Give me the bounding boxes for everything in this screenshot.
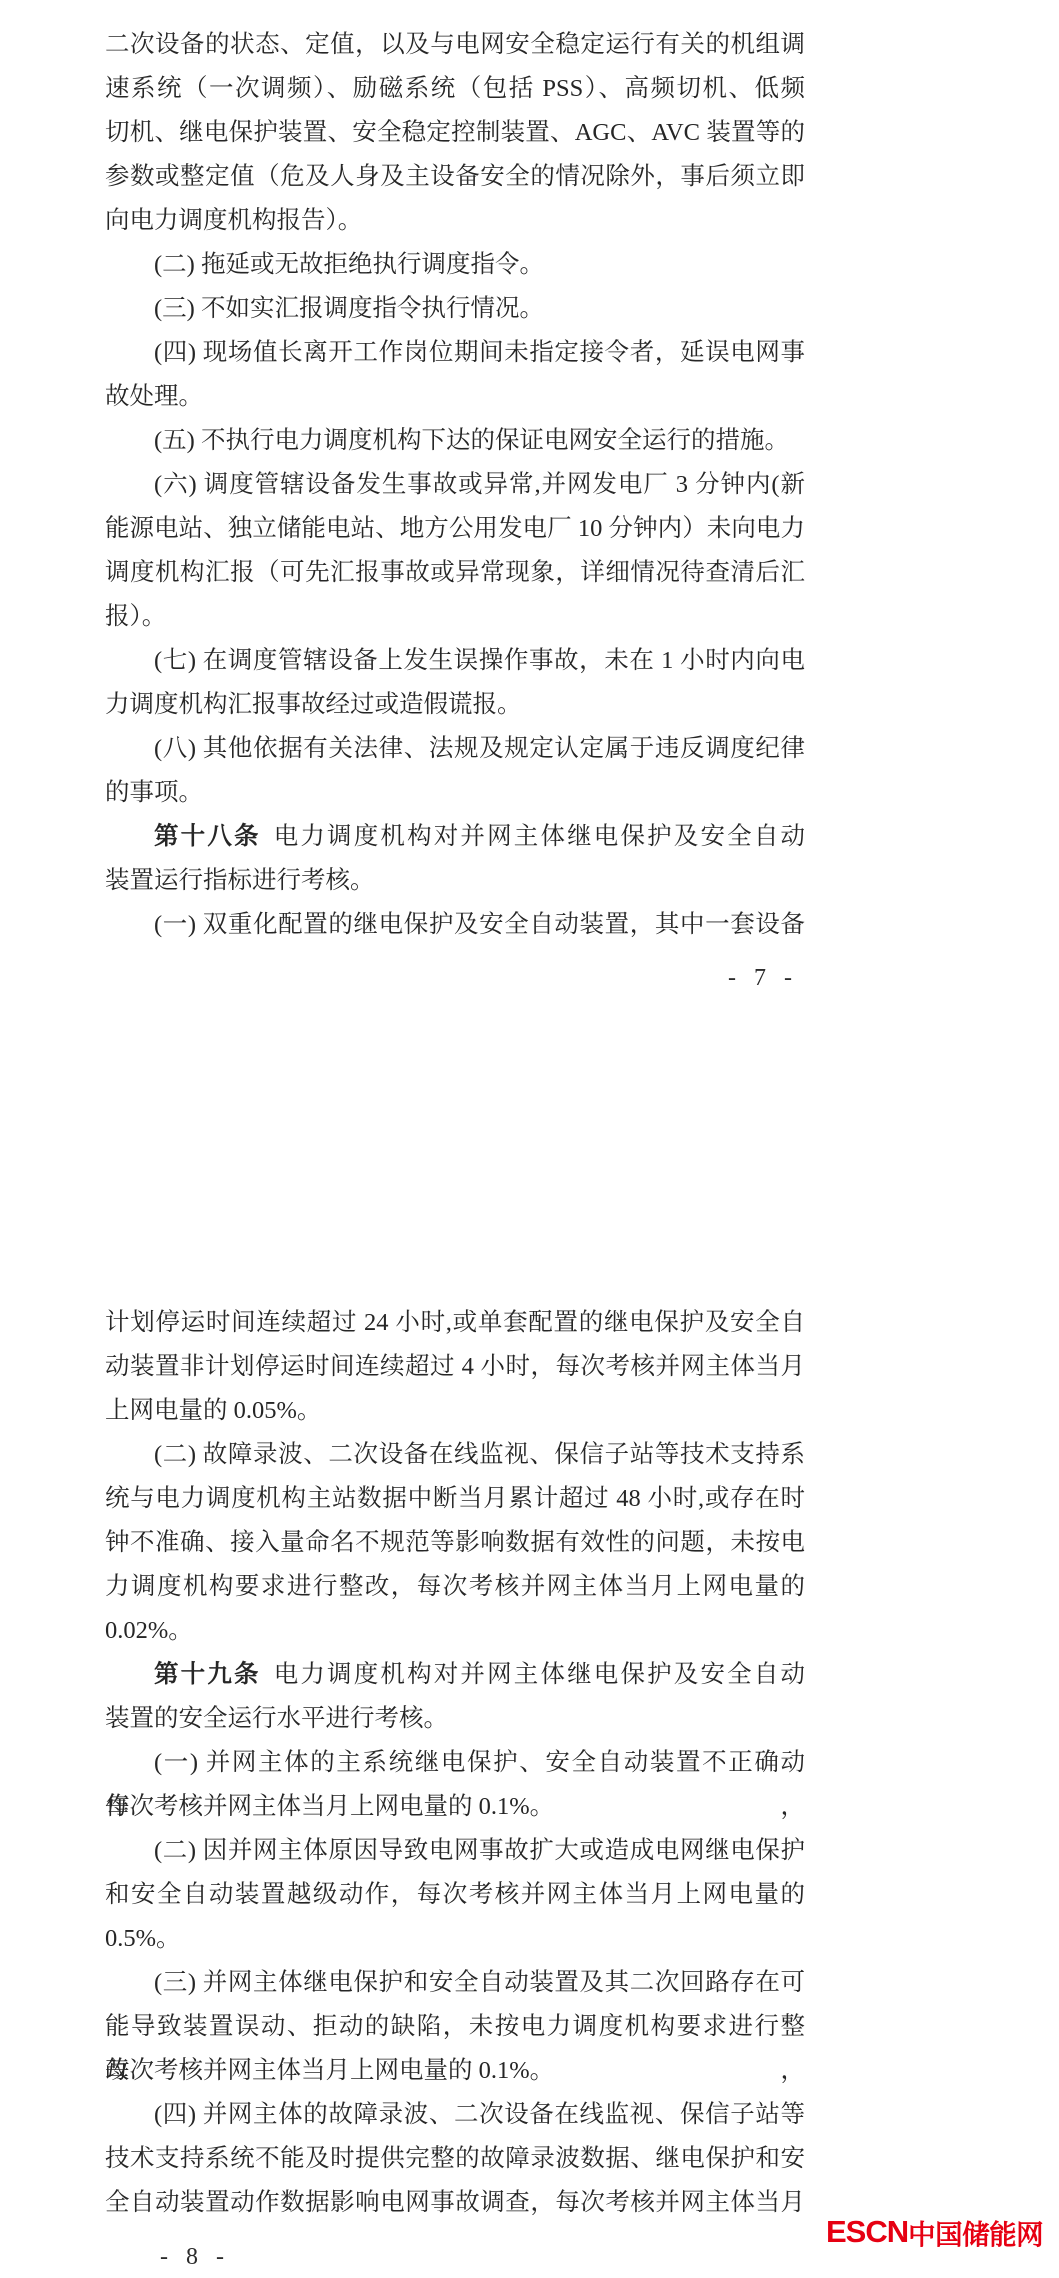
article-number: 第十八条 <box>154 823 261 850</box>
text-line: 故处理。 <box>105 375 805 419</box>
text-line: 能导致装置误动、拒动的缺陷，未按电力调度机构要求进行整改， <box>105 2005 805 2049</box>
text-line: 计划停运时间连续超过 24 小时,或单套配置的继电保护及安全自 <box>105 1301 805 1345</box>
document-page-8: 计划停运时间连续超过 24 小时,或单套配置的继电保护及安全自 动装置非计划停运… <box>105 1301 805 2225</box>
page-number-7: - 7 - <box>728 965 798 992</box>
list-item-line: (七) 在调度管辖设备上发生误操作事故，未在 1 小时内向电 <box>105 639 805 683</box>
article-heading-line: 第十九条电力调度机构对并网主体继电保护及安全自动 <box>105 1653 805 1697</box>
text-line: 动装置非计划停运时间连续超过 4 小时，每次考核并网主体当月 <box>105 1345 805 1389</box>
text-line: 参数或整定值（危及人身及主设备安全的情况除外，事后须立即 <box>105 155 805 199</box>
list-item-line: (八) 其他依据有关法律、法规及规定认定属于违反调度纪律 <box>105 727 805 771</box>
list-item-line: (二) 拖延或无故拒绝执行调度指令。 <box>105 243 805 287</box>
article-heading-line: 第十八条电力调度机构对并网主体继电保护及安全自动 <box>105 815 805 859</box>
text-line: 装置运行指标进行考核。 <box>105 859 805 903</box>
document-canvas: 二次设备的状态、定值，以及与电网安全稳定运行有关的机组调 速系统（一次调频）、励… <box>0 0 1059 2278</box>
text-line: 全自动装置动作数据影响电网事故调查，每次考核并网主体当月 <box>105 2181 805 2225</box>
text-line: 钟不准确、接入量命名不规范等影响数据有效性的问题，未按电 <box>105 1521 805 1565</box>
escn-logo-cjk: 中国储能网 <box>908 2219 1043 2251</box>
text-line: 的事项。 <box>105 771 805 815</box>
list-item-line: (四) 并网主体的故障录波、二次设备在线监视、保信子站等 <box>105 2093 805 2137</box>
text-line: 向电力调度机构报告）。 <box>105 199 805 243</box>
list-item-line: (五) 不执行电力调度机构下达的保证电网安全运行的措施。 <box>105 419 805 463</box>
article-heading-text: 电力调度机构对并网主体继电保护及安全自动 <box>274 1661 805 1688</box>
escn-logo-latin: ESCN <box>826 2214 908 2249</box>
list-item-line: (一) 双重化配置的继电保护及安全自动装置，其中一套设备 <box>105 903 805 947</box>
list-item-line: (三) 并网主体继电保护和安全自动装置及其二次回路存在可 <box>105 1961 805 2005</box>
list-item-line: (二) 因并网主体原因导致电网事故扩大或造成电网继电保护 <box>105 1829 805 1873</box>
text-line: 和安全自动装置越级动作，每次考核并网主体当月上网电量的 <box>105 1873 805 1917</box>
text-line: 0.5%。 <box>105 1917 805 1961</box>
list-item-line: (二) 故障录波、二次设备在线监视、保信子站等技术支持系 <box>105 1433 805 1477</box>
text-line: 调度机构汇报（可先汇报事故或异常现象，详细情况待查清后汇 <box>105 551 805 595</box>
text-line: 力调度机构汇报事故经过或造假谎报。 <box>105 683 805 727</box>
escn-logo: ESCN中国储能网 <box>826 2212 1043 2252</box>
article-heading-text: 电力调度机构对并网主体继电保护及安全自动 <box>274 823 805 850</box>
text-line: 二次设备的状态、定值，以及与电网安全稳定运行有关的机组调 <box>105 23 805 67</box>
text-line: 统与电力调度机构主站数据中断当月累计超过 48 小时,或存在时 <box>105 1477 805 1521</box>
text-line: 速系统（一次调频）、励磁系统（包括 PSS）、高频切机、低频 <box>105 67 805 111</box>
article-number: 第十九条 <box>154 1661 261 1688</box>
text-line: 技术支持系统不能及时提供完整的故障录波数据、继电保护和安 <box>105 2137 805 2181</box>
list-item-line: (六) 调度管辖设备发生事故或异常,并网发电厂 3 分钟内(新 <box>105 463 805 507</box>
list-item-line: (一) 并网主体的主系统继电保护、安全自动装置不正确动作， <box>105 1741 805 1785</box>
text-line: 装置的安全运行水平进行考核。 <box>105 1697 805 1741</box>
text-line: 上网电量的 0.05%。 <box>105 1389 805 1433</box>
document-page-7: 二次设备的状态、定值，以及与电网安全稳定运行有关的机组调 速系统（一次调频）、励… <box>105 23 805 947</box>
text-line: 切机、继电保护装置、安全稳定控制装置、AGC、AVC 装置等的 <box>105 111 805 155</box>
text-line: 能源电站、独立储能电站、地方公用发电厂 10 分钟内）未向电力 <box>105 507 805 551</box>
page-number-8: - 8 - <box>160 2244 230 2271</box>
text-line: 报）。 <box>105 595 805 639</box>
list-item-line: (三) 不如实汇报调度指令执行情况。 <box>105 287 805 331</box>
list-item-line: (四) 现场值长离开工作岗位期间未指定接令者，延误电网事 <box>105 331 805 375</box>
text-line: 0.02%。 <box>105 1609 805 1653</box>
text-line: 力调度机构要求进行整改，每次考核并网主体当月上网电量的 <box>105 1565 805 1609</box>
